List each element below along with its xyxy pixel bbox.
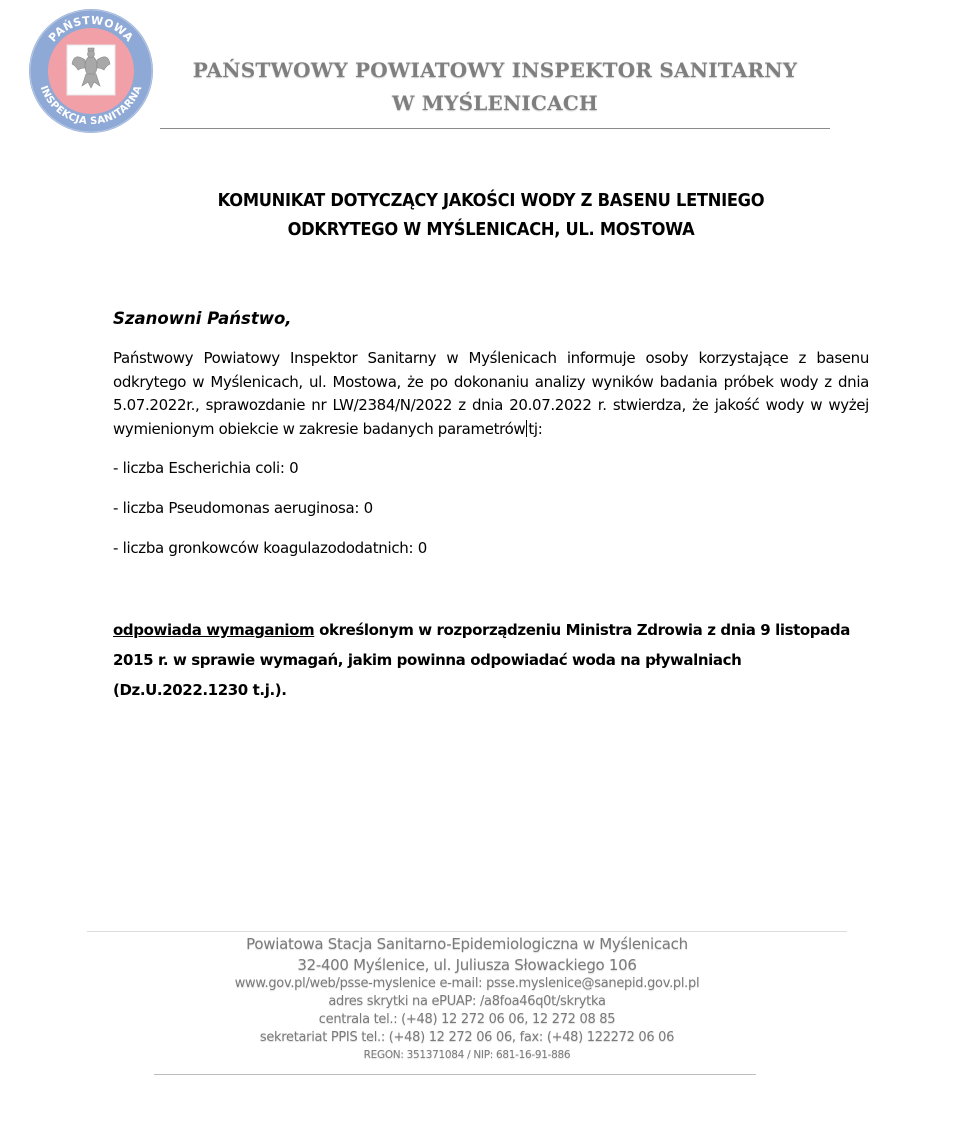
footer-phone-secretariat: sekretariat PPIS tel.: (+48) 12 272 06 0…: [87, 1030, 847, 1045]
header-divider: [160, 128, 830, 129]
paragraph-text-end: tj:: [528, 420, 542, 438]
conclusion-emphasis: odpowiada wymaganiom: [113, 621, 314, 639]
footer-web-email: www.gov.pl/web/psse-myslenice e-mail: ps…: [87, 976, 847, 991]
header-title-line2: W MYŚLENICACH: [160, 91, 830, 115]
footer-divider-top: [87, 931, 847, 932]
sanitary-inspection-logo: PAŃSTWOWA INSPEKCJA SANITARNA: [28, 8, 154, 134]
footer-divider-bottom: [154, 1074, 756, 1075]
footer-regon-nip: REGON: 351371084 / NIP: 681-16-91-886: [87, 1049, 847, 1061]
conclusion-paragraph: odpowiada wymaganiom określonym w rozpor…: [113, 615, 873, 705]
document-title-line2: ODKRYTEGO W MYŚLENICACH, UL. MOSTOWA: [139, 220, 844, 240]
header-title-line1: PAŃSTWOWY POWIATOWY INSPEKTOR SANITARNY: [160, 58, 830, 82]
parameter-item: - liczba Pseudomonas aeruginosa: 0: [113, 499, 373, 517]
footer-institution: Powiatowa Stacja Sanitarno-Epidemiologic…: [87, 935, 847, 953]
salutation: Szanowni Państwo,: [113, 309, 292, 328]
document-title-line1: KOMUNIKAT DOTYCZĄCY JAKOŚCI WODY Z BASEN…: [139, 191, 844, 211]
footer-address: 32-400 Myślenice, ul. Juliusza Słowackie…: [87, 956, 847, 974]
parameter-item: - liczba gronkowców koagulazododatnich: …: [113, 539, 427, 557]
footer-phone-central: centrala tel.: (+48) 12 272 06 06, 12 27…: [87, 1012, 847, 1027]
footer-epuap: adres skrytki na ePUAP: /a8foa46q0t/skry…: [87, 994, 847, 1009]
paragraph-text: Państwowy Powiatowy Inspektor Sanitarny …: [113, 349, 869, 438]
parameter-item: - liczba Escherichia coli: 0: [113, 459, 298, 477]
logo-emblem-icon: PAŃSTWOWA INSPEKCJA SANITARNA: [28, 8, 154, 134]
body-paragraph[interactable]: Państwowy Powiatowy Inspektor Sanitarny …: [113, 347, 869, 441]
